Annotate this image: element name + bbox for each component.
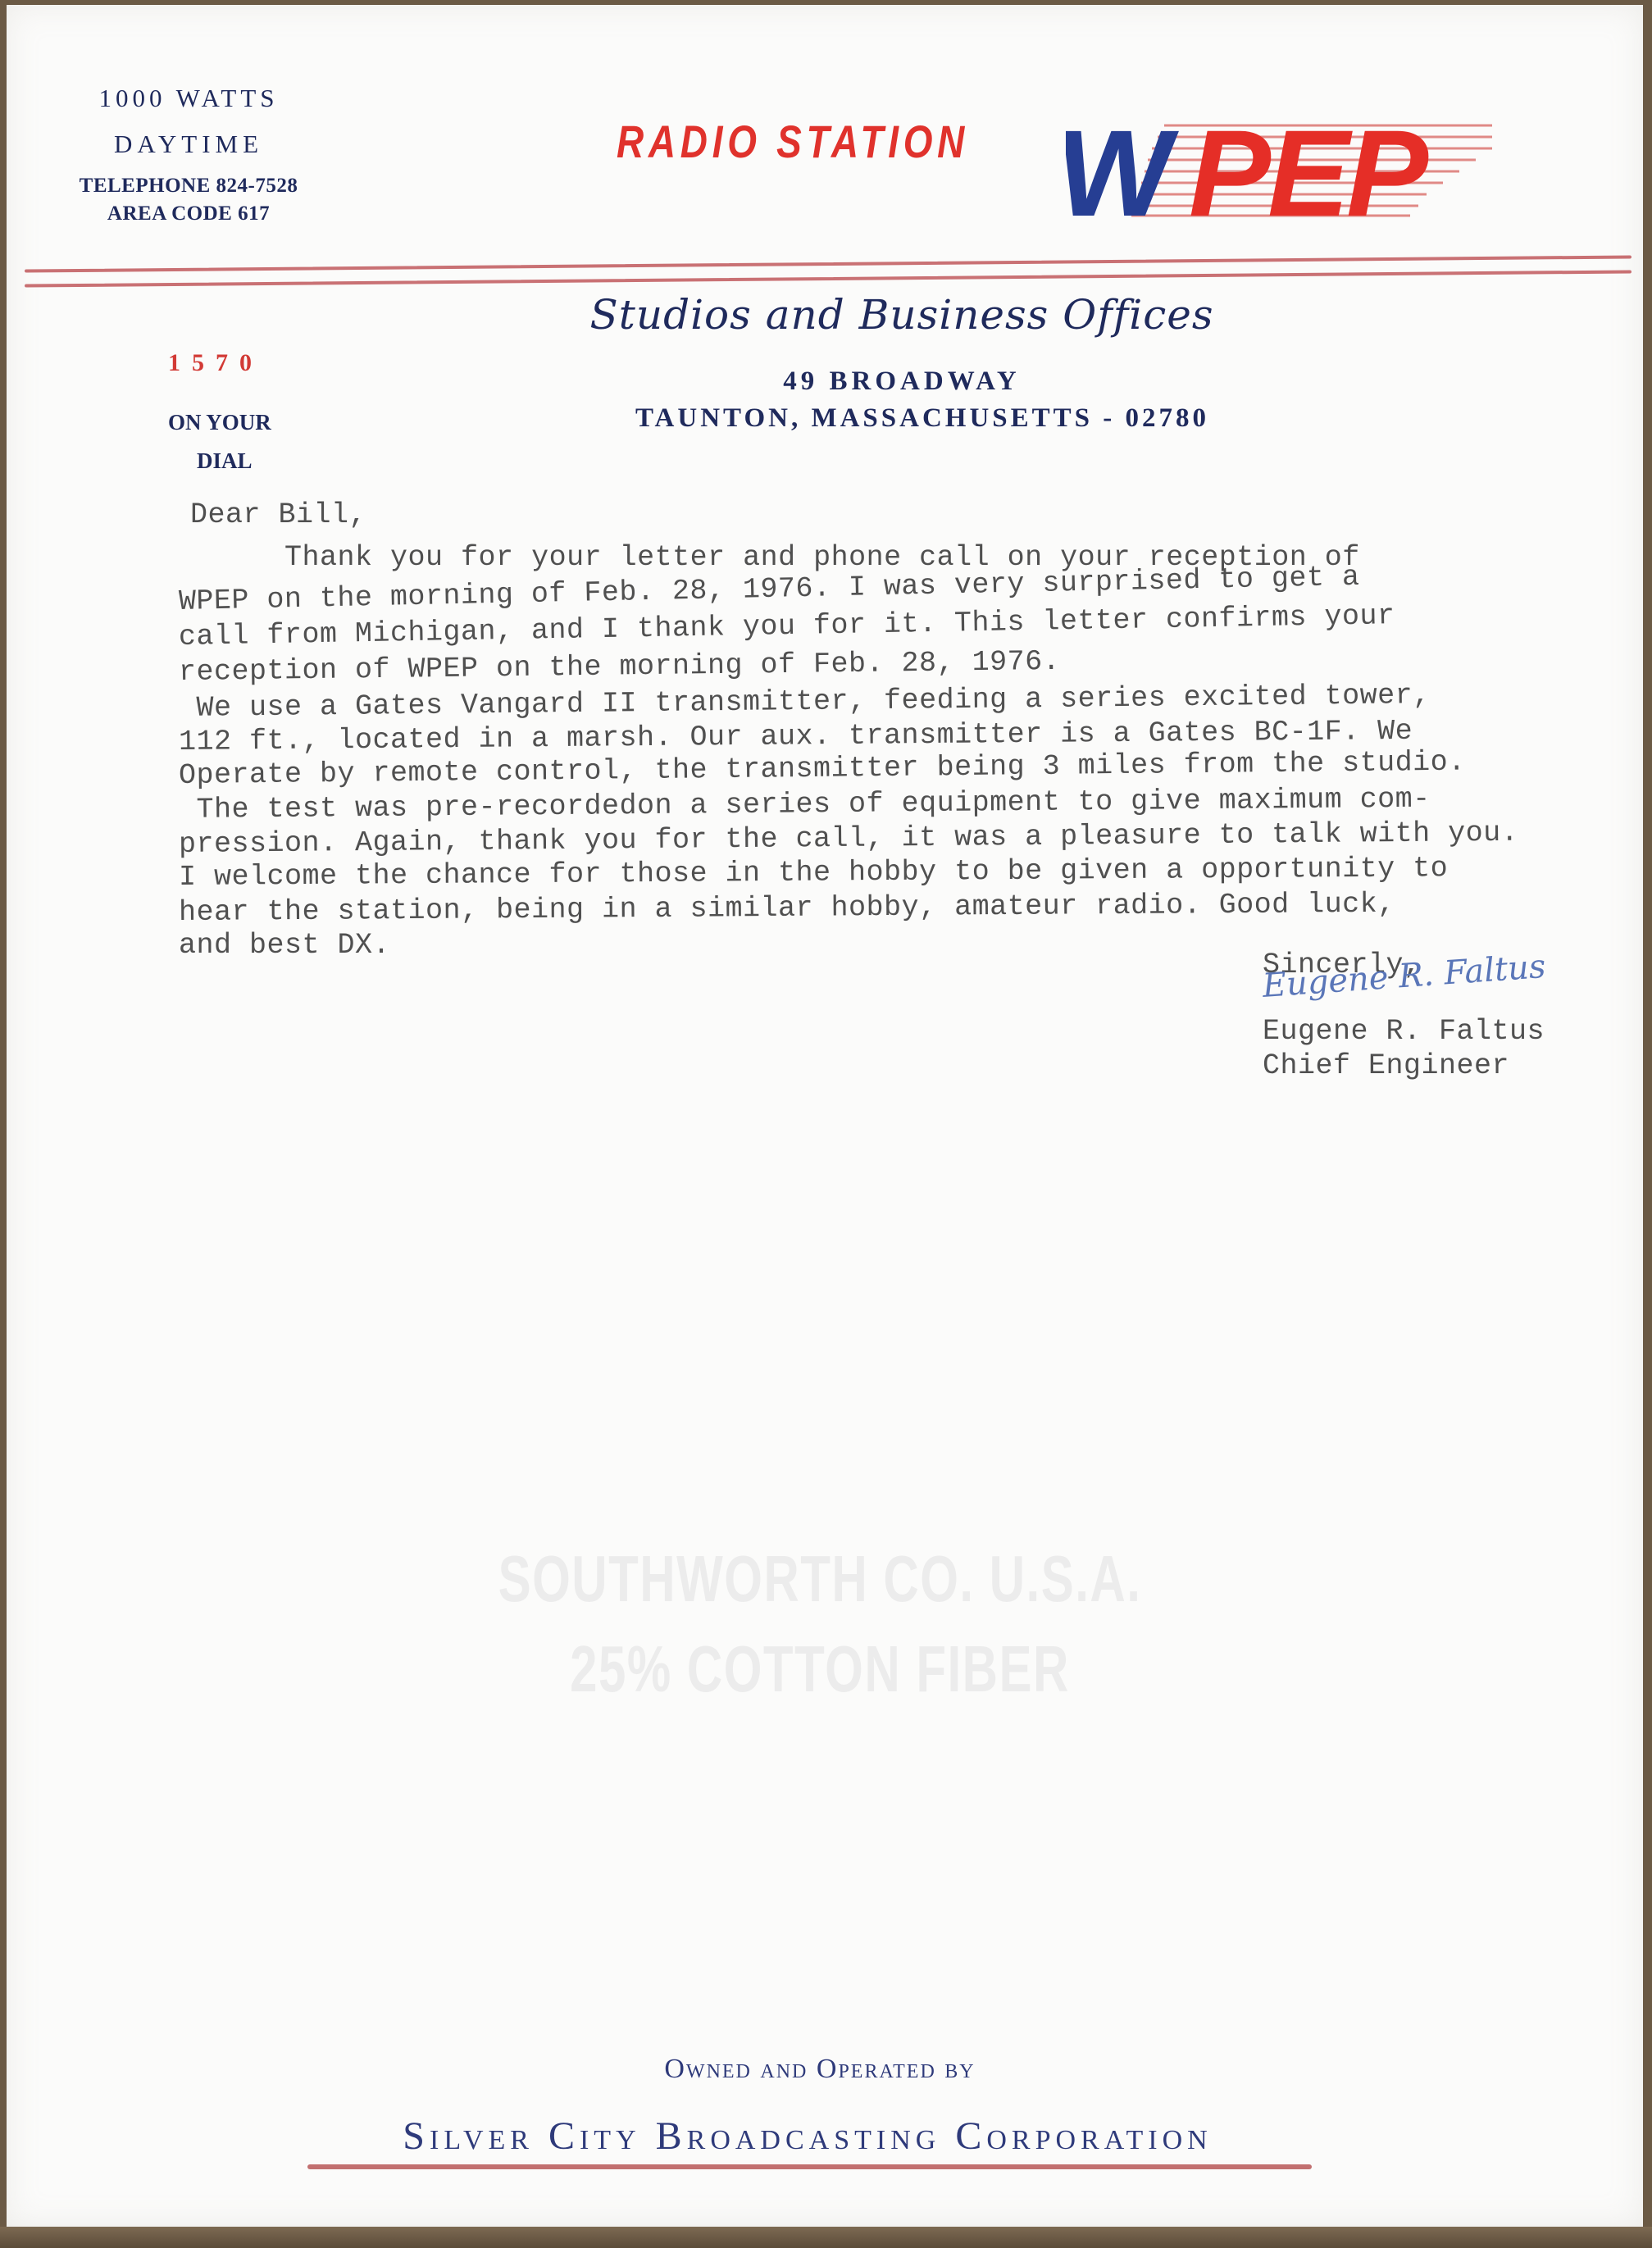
frequency: 1570 bbox=[168, 349, 263, 377]
dial-label-line1: ON YOUR bbox=[168, 410, 271, 435]
letter-line: and best DX. bbox=[179, 929, 390, 962]
station-schedule: DAYTIME bbox=[49, 128, 328, 161]
station-power: 1000 WATTS bbox=[49, 82, 328, 115]
station-telephone: TELEPHONE 824-7528 bbox=[49, 172, 328, 200]
svg-text:W: W bbox=[1066, 111, 1183, 225]
address-city: TAUNTON, MASSACHUSETTS - 02780 bbox=[541, 403, 1304, 434]
signer-title: Chief Engineer bbox=[1263, 1049, 1509, 1082]
studios-heading: Studios and Business Offices bbox=[533, 291, 1271, 339]
background-surface bbox=[0, 2227, 1652, 2248]
owned-by-label: Owned and Operated by bbox=[410, 2054, 1230, 2085]
watermark-line2: 25% COTTON FIBER bbox=[389, 1631, 1250, 1707]
corporation-name: Silver City Broadcasting Corporation bbox=[295, 2114, 1320, 2159]
station-info-block: 1000 WATTS DAYTIME TELEPHONE 824-7528 AR… bbox=[49, 82, 328, 228]
station-area-code: AREA CODE 617 bbox=[49, 200, 328, 228]
footer-rule bbox=[307, 2164, 1312, 2169]
address-street: 49 BROADWAY bbox=[574, 366, 1230, 397]
signer-name: Eugene R. Faltus bbox=[1263, 1015, 1545, 1048]
radio-station-label: RADIO STATION bbox=[617, 115, 969, 168]
watermark-line1: SOUTHWORTH CO. U.S.A. bbox=[389, 1541, 1250, 1617]
salutation: Dear Bill, bbox=[190, 498, 366, 531]
wpep-logo: W PEP bbox=[1066, 111, 1525, 225]
dial-label-line2: DIAL bbox=[197, 448, 253, 474]
svg-text:PEP: PEP bbox=[1189, 111, 1429, 225]
